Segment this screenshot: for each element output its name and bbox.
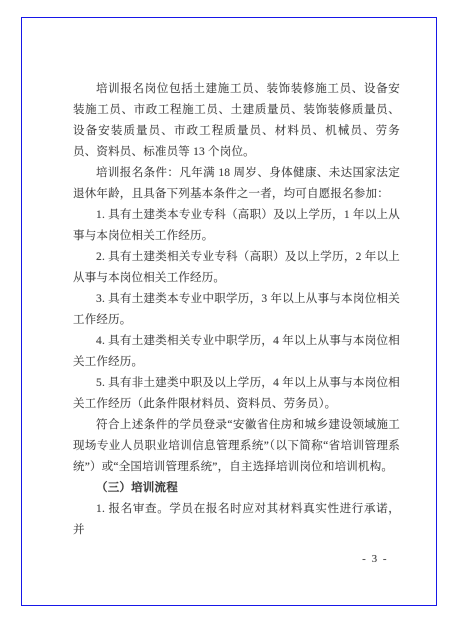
paragraph: 1. 报名审查。学员在报名时应对其材料真实性进行承诺，并	[73, 499, 400, 541]
paragraph: 4. 具有土建类相关专业中职学历，4 年以上从事与本岗位相关工作经历。	[73, 331, 400, 373]
paragraph: 符合上述条件的学员登录“安徽省住房和城乡建设领域施工现场专业人员职业培训信息管理…	[73, 415, 400, 478]
paragraph: 5. 具有非土建类中职及以上学历，4 年以上从事与本岗位相关工作经历（此条件限材…	[73, 373, 400, 415]
paragraph: 3. 具有土建类本专业中职学历，3 年以上从事与本岗位相关工作经历。	[73, 289, 400, 331]
paragraph: 培训报名条件：凡年满 18 周岁、身体健康、未达国家法定退休年龄，且具备下列基本…	[73, 163, 400, 205]
paragraph: 培训报名岗位包括土建施工员、装饰装修施工员、设备安装施工员、市政工程施工员、土建…	[73, 79, 400, 163]
paragraph: 1. 具有土建类本专业专科（高职）及以上学历，1 年以上从事与本岗位相关工作经历…	[73, 205, 400, 247]
document-body-text: 培训报名岗位包括土建施工员、装饰装修施工员、设备安装施工员、市政工程施工员、土建…	[73, 79, 400, 541]
paragraph: （三）培训流程	[73, 478, 400, 499]
page-number: - 3 -	[362, 552, 388, 566]
scanned-document-page: 培训报名岗位包括土建施工员、装饰装修施工员、设备安装施工员、市政工程施工员、土建…	[0, 0, 452, 622]
paragraph: 2. 具有土建类相关专业专科（高职）及以上学历，2 年以上从事与本岗位相关工作经…	[73, 247, 400, 289]
